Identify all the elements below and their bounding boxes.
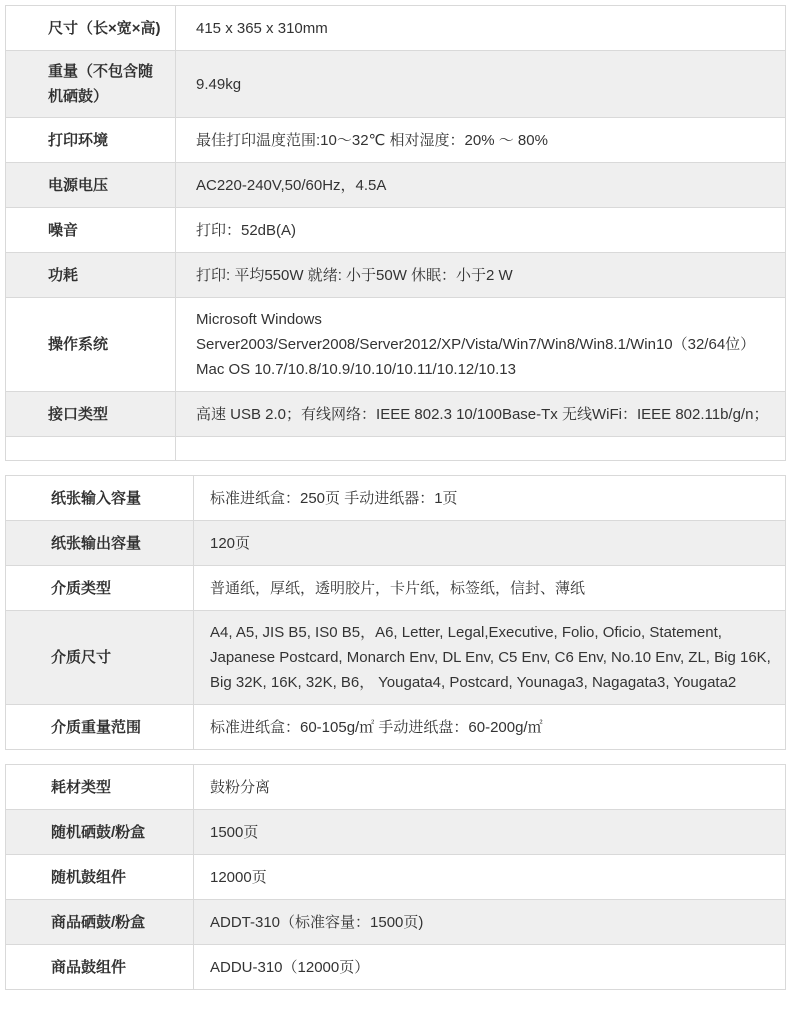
spec-row: 打印环境最佳打印温度范围:10～32℃ 相对湿度：20% ～ 80% (6, 117, 785, 162)
spec-row: 接口类型高速 USB 2.0；有线网络：IEEE 802.3 10/100Bas… (6, 391, 785, 436)
spec-row: 耗材类型鼓粉分离 (6, 765, 785, 809)
spec-row: 随机鼓组件12000页 (6, 854, 785, 899)
spec-row-value-text: ADDT-310（标准容量：1500页) (210, 910, 777, 935)
spec-row: 介质重量范围标准进纸盒：60-105g/㎡ 手动进纸盘：60-200g/㎡ (6, 704, 785, 749)
spec-row-value: 415 x 365 x 310mm (176, 6, 785, 50)
spec-row-label: 随机硒鼓/粉盒 (6, 810, 194, 854)
spec-row-value-text: 标准进纸盒：250页 手动进纸器：1页 (210, 486, 777, 511)
spec-row-value-text: 9.49kg (196, 72, 777, 97)
spec-row-value-text: 12000页 (210, 865, 777, 890)
spec-row-value-text: 415 x 365 x 310mm (196, 16, 777, 41)
spec-table-consumables: 耗材类型鼓粉分离随机硒鼓/粉盒1500页随机鼓组件12000页商品硒鼓/粉盒AD… (5, 764, 786, 990)
spec-row-value: 打印：52dB(A) (176, 208, 785, 252)
spec-row-value: ADDU-310（12000页） (194, 945, 785, 989)
spec-row: 操作系统Microsoft Windows Server2003/Server2… (6, 297, 785, 391)
spec-row-value-text: 120页 (210, 531, 777, 556)
spec-row-value-text: A4, A5, JIS B5, IS0 B5，A6, Letter, Legal… (210, 620, 777, 695)
spec-row-label: 打印环境 (6, 118, 176, 162)
spec-row-value: 打印: 平均550W 就绪: 小于50W 休眠：小于2 W (176, 253, 785, 297)
spec-row-value (176, 437, 785, 460)
spec-row: 功耗打印: 平均550W 就绪: 小于50W 休眠：小于2 W (6, 252, 785, 297)
spec-row-value-text: AC220-240V,50/60Hz，4.5A (196, 173, 777, 198)
spec-row-value-text: Microsoft Windows Server2003/Server2008/… (196, 307, 777, 382)
spec-row: 随机硒鼓/粉盒1500页 (6, 809, 785, 854)
spec-row-value-text: 最佳打印温度范围:10～32℃ 相对湿度：20% ～ 80% (196, 128, 777, 153)
spec-row-label: 介质尺寸 (6, 611, 194, 704)
spec-row-value: A4, A5, JIS B5, IS0 B5，A6, Letter, Legal… (194, 611, 785, 704)
spec-row-label: 接口类型 (6, 392, 176, 436)
spec-row: 商品硒鼓/粉盒ADDT-310（标准容量：1500页) (6, 899, 785, 944)
spec-row-value-text: 鼓粉分离 (210, 775, 777, 800)
spec-row: 纸张输入容量标准进纸盒：250页 手动进纸器：1页 (6, 476, 785, 520)
spec-table-basic: 尺寸（长×宽×高)415 x 365 x 310mm重量（不包含随机硒鼓）9.4… (5, 5, 786, 461)
spec-row: 介质尺寸A4, A5, JIS B5, IS0 B5，A6, Letter, L… (6, 610, 785, 704)
spec-row-value: 最佳打印温度范围:10～32℃ 相对湿度：20% ～ 80% (176, 118, 785, 162)
spec-row-value: 普通纸，厚纸，透明胶片，卡片纸，标签纸，信封、薄纸 (194, 566, 785, 610)
spec-table-paper: 纸张输入容量标准进纸盒：250页 手动进纸器：1页纸张输出容量120页介质类型普… (5, 475, 786, 750)
spec-row-label: 重量（不包含随机硒鼓） (6, 51, 176, 117)
spec-row-label (6, 437, 176, 460)
spec-row-label: 介质重量范围 (6, 705, 194, 749)
spec-row-value-text: 高速 USB 2.0；有线网络：IEEE 802.3 10/100Base-Tx… (196, 402, 777, 427)
spec-row-label: 功耗 (6, 253, 176, 297)
spec-row-value: AC220-240V,50/60Hz，4.5A (176, 163, 785, 207)
spec-row-value: 1500页 (194, 810, 785, 854)
spec-row-label: 介质类型 (6, 566, 194, 610)
spec-row-label: 商品硒鼓/粉盒 (6, 900, 194, 944)
spec-row-value: 高速 USB 2.0；有线网络：IEEE 802.3 10/100Base-Tx… (176, 392, 785, 436)
spec-row-value-text: 标准进纸盒：60-105g/㎡ 手动进纸盘：60-200g/㎡ (210, 715, 777, 740)
product-spec-page: 尺寸（长×宽×高)415 x 365 x 310mm重量（不包含随机硒鼓）9.4… (0, 0, 790, 1000)
spec-row: 噪音打印：52dB(A) (6, 207, 785, 252)
spec-row-value: 9.49kg (176, 51, 785, 117)
spec-row-value: 12000页 (194, 855, 785, 899)
spec-row-label: 耗材类型 (6, 765, 194, 809)
spec-row: 纸张输出容量120页 (6, 520, 785, 565)
spec-row-value: 120页 (194, 521, 785, 565)
spec-row-label: 噪音 (6, 208, 176, 252)
spec-row (6, 436, 785, 460)
spec-row-value-text: 打印: 平均550W 就绪: 小于50W 休眠：小于2 W (196, 263, 777, 288)
spec-row: 介质类型普通纸，厚纸，透明胶片，卡片纸，标签纸，信封、薄纸 (6, 565, 785, 610)
spec-row-label: 随机鼓组件 (6, 855, 194, 899)
spec-row-value-text: ADDU-310（12000页） (210, 955, 777, 980)
spec-row-label: 操作系统 (6, 298, 176, 391)
spec-row: 商品鼓组件ADDU-310（12000页） (6, 944, 785, 989)
spec-row: 电源电压AC220-240V,50/60Hz，4.5A (6, 162, 785, 207)
spec-row-value: ADDT-310（标准容量：1500页) (194, 900, 785, 944)
spec-row-value: 标准进纸盒：250页 手动进纸器：1页 (194, 476, 785, 520)
spec-row-value: Microsoft Windows Server2003/Server2008/… (176, 298, 785, 391)
spec-row-value: 标准进纸盒：60-105g/㎡ 手动进纸盘：60-200g/㎡ (194, 705, 785, 749)
spec-row-value-text: 1500页 (210, 820, 777, 845)
spec-row: 尺寸（长×宽×高)415 x 365 x 310mm (6, 6, 785, 50)
spec-row-value: 鼓粉分离 (194, 765, 785, 809)
spec-row-label: 纸张输入容量 (6, 476, 194, 520)
spec-row: 重量（不包含随机硒鼓）9.49kg (6, 50, 785, 117)
spec-row-value-text: 打印：52dB(A) (196, 218, 777, 243)
spec-row-label: 电源电压 (6, 163, 176, 207)
spec-row-label: 纸张输出容量 (6, 521, 194, 565)
spec-row-value-text: 普通纸，厚纸，透明胶片，卡片纸，标签纸，信封、薄纸 (210, 576, 777, 601)
spec-row-label: 商品鼓组件 (6, 945, 194, 989)
spec-row-label: 尺寸（长×宽×高) (6, 6, 176, 50)
